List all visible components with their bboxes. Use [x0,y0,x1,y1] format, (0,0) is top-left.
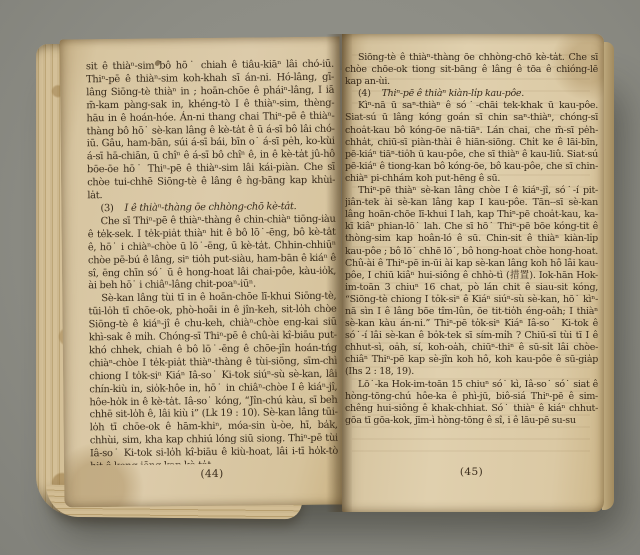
section-number: (4) [358,88,371,100]
section-title: Thiⁿ-pē ê thiàⁿ kiàn-li̍p kau-pôe. [382,88,524,100]
section-heading: (4) Thiⁿ-pē ê thiàⁿ kiàn-li̍p kau-pôe. [345,88,598,100]
paragraph: Sè-kan lâng tùi tī in ê hoān-chōe lī-khu… [88,291,338,465]
page-number: (45) [345,466,598,478]
paragraph: Kìⁿ-nā ū saⁿ-thiàⁿ ê só˙-chāi tek-khak ū… [345,100,598,185]
paragraph: Lō˙-ka Hok-im-toān 15 chiuⁿ só˙ kì, Iâ-s… [345,379,598,427]
right-page-text-column: Siōng-tè ê thiàⁿ-thàng ōe chhòng-chō kè-… [345,52,598,472]
section-number: (3) [100,203,113,216]
paragraph: Che sī Thiⁿ-pē ê thiàⁿ-thàng ê chin-chià… [88,214,337,294]
paragraph: Thiⁿ-pē thiàⁿ sè-kan lâng chòe I ê kiáⁿ-… [345,185,598,379]
paragraph-continuation: sit ê thiàⁿ-sim bô hō˙ chiah ê tiâu-kiāⁿ… [86,59,335,204]
left-page-text-column: sit ê thiàⁿ-sim bô hō˙ chiah ê tiâu-kiāⁿ… [86,59,338,466]
paragraph: Siōng-tè ê thiàⁿ-thàng ōe chhòng-chō kè-… [345,52,598,88]
photo-of-open-book: sit ê thiàⁿ-sim bô hō˙ chiah ê tiâu-kiāⁿ… [0,0,640,555]
